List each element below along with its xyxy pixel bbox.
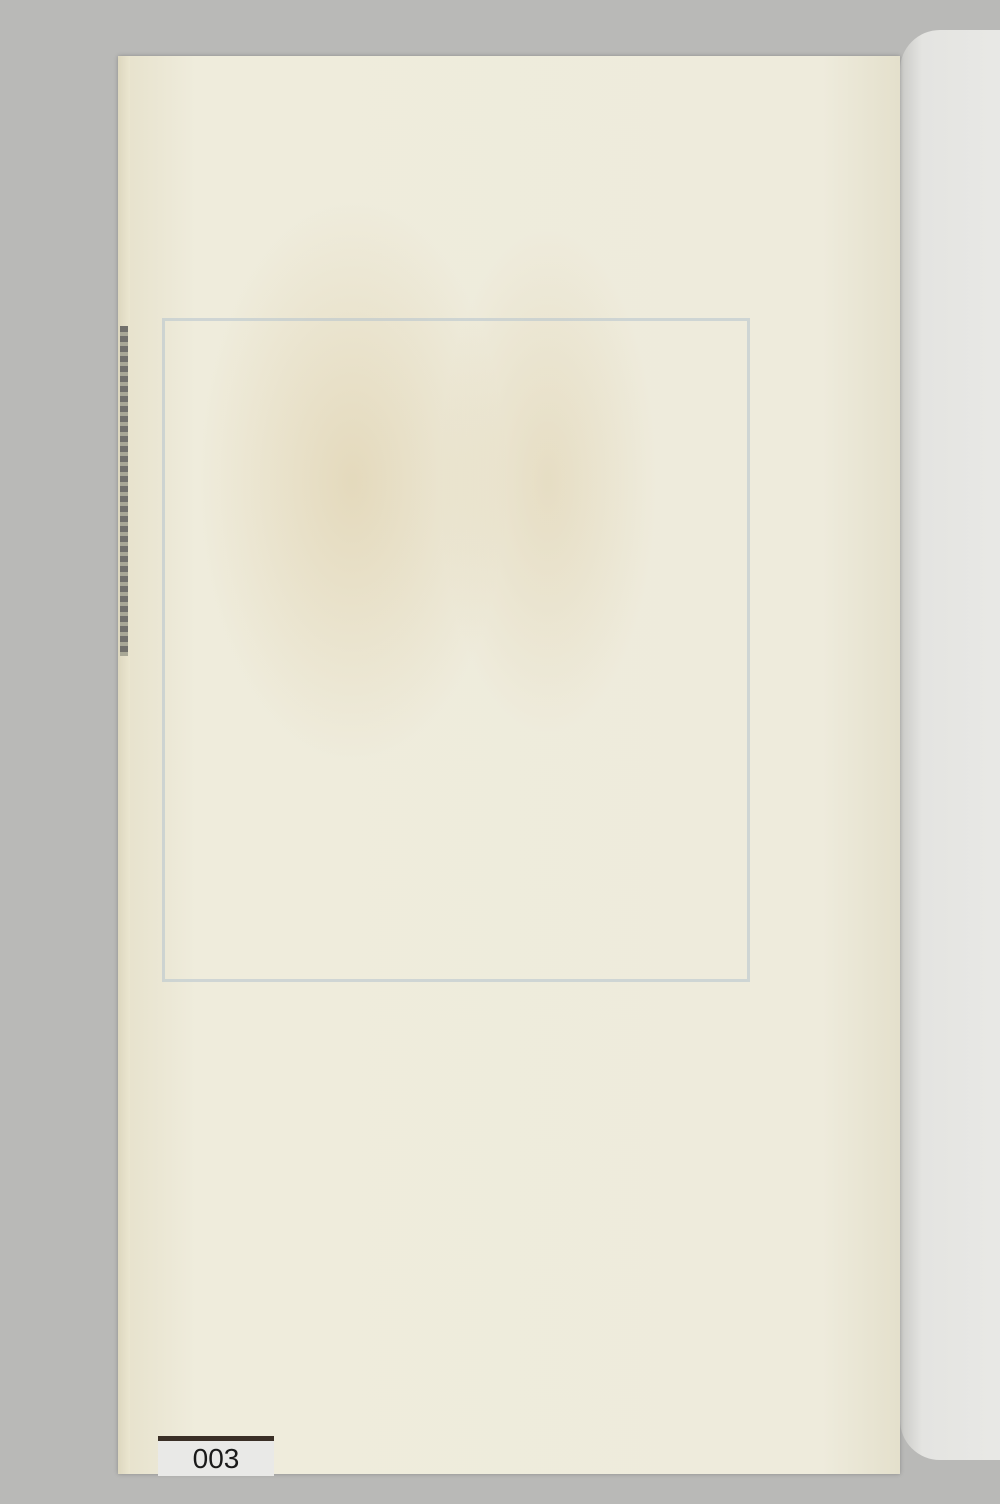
spine-show-through-text — [120, 326, 128, 656]
page-number-label: 003 — [158, 1436, 274, 1476]
show-through-frame — [162, 318, 750, 982]
book-page — [118, 56, 900, 1474]
page-spine-edge — [118, 56, 130, 1474]
facing-page-edge — [900, 30, 1000, 1460]
